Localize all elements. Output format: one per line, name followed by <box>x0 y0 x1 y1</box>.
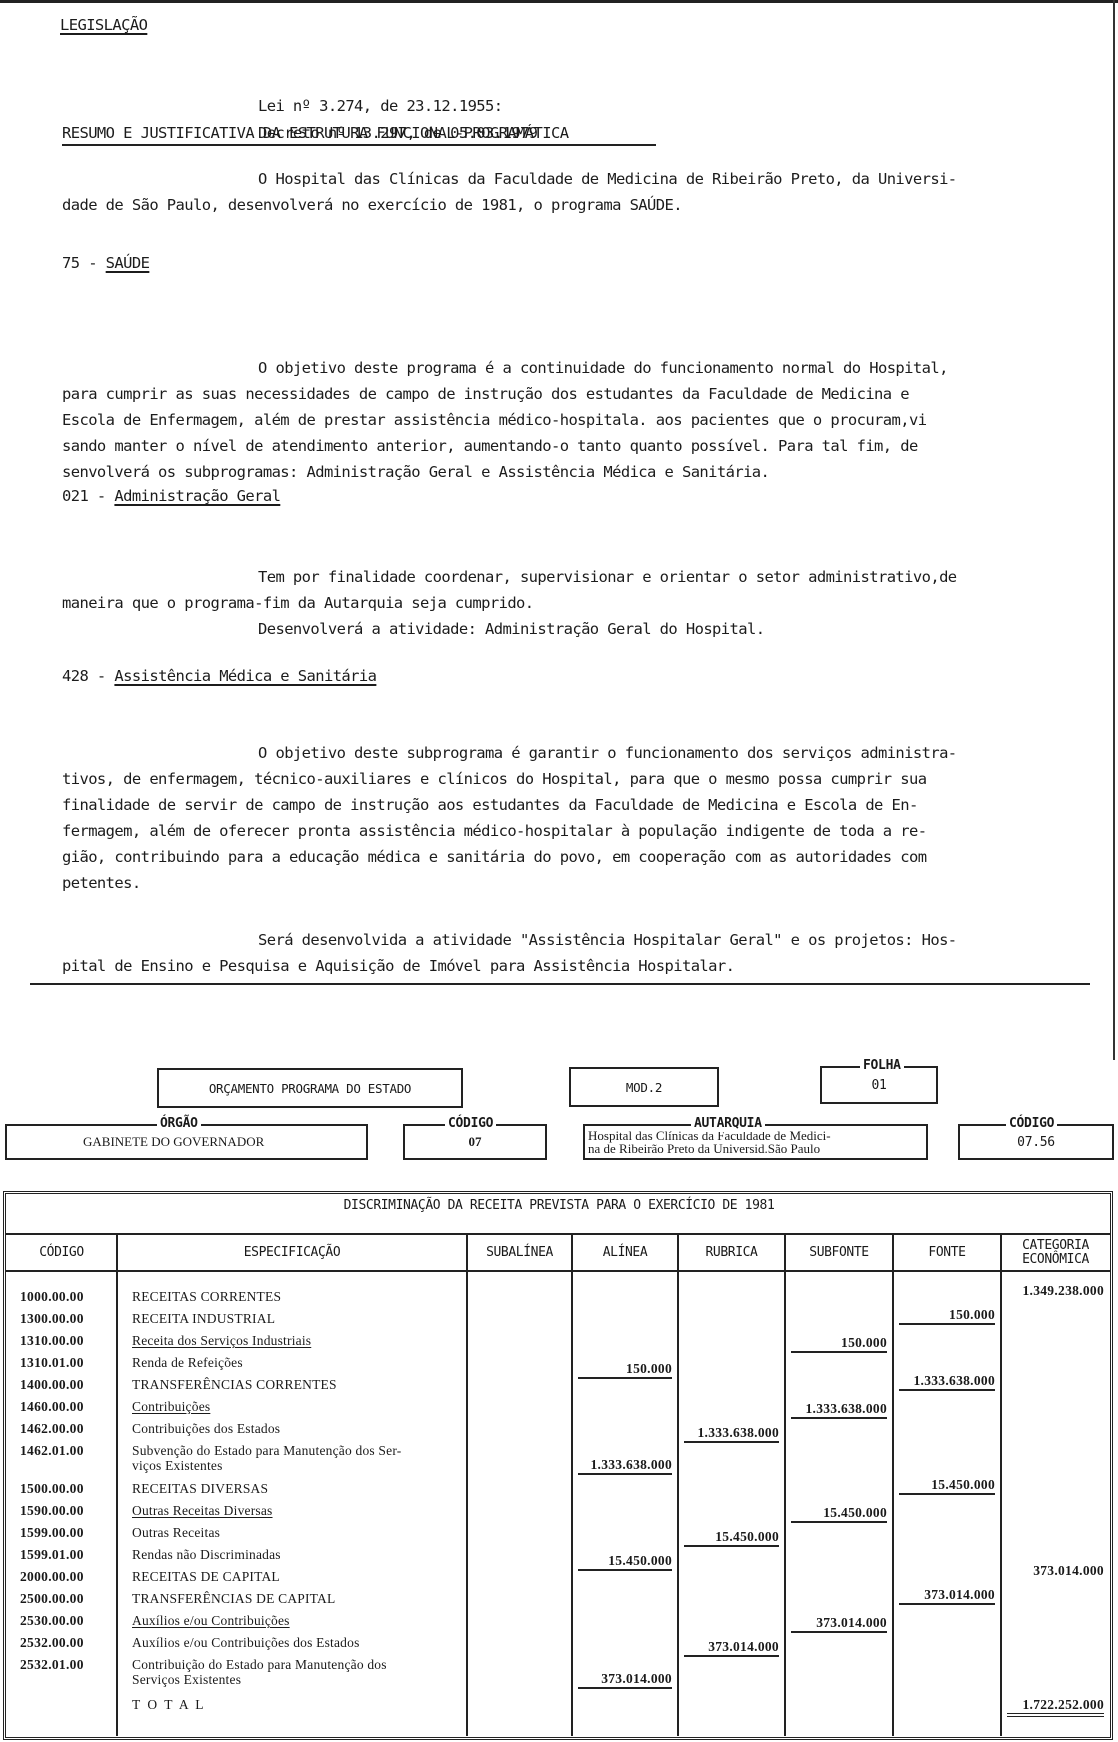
column-divider <box>571 1233 573 1736</box>
row-value-fonte: 373.014.000 <box>899 1587 995 1605</box>
intro-line: dade de São Paulo, desenvolverá no exerc… <box>62 192 1092 218</box>
subprogram-heading-021: 021 - Administração Geral <box>62 487 280 505</box>
row-especificacao: RECEITAS DE CAPITAL <box>132 1569 280 1584</box>
header-fonte: FONTE <box>893 1235 1001 1270</box>
page-edge <box>1113 0 1115 1060</box>
autarquia-codigo-value: 07.56 <box>1017 1135 1055 1150</box>
row-codigo: 1310.01.00 <box>20 1355 84 1371</box>
subprogram-name: Assistência Médica e Sanitária <box>114 667 376 685</box>
header-alinea: ALÍNEA <box>572 1235 678 1270</box>
row-value-subfonte: 150.000 <box>791 1335 887 1353</box>
row-especificacao: Contribuição do Estado para Manutenção d… <box>132 1657 387 1687</box>
row-especificacao: Outras Receitas <box>132 1525 220 1540</box>
codigo-label: CÓDIGO <box>445 1116 496 1132</box>
row-value-alinea: 373.014.000 <box>578 1671 672 1689</box>
column-divider <box>677 1233 679 1736</box>
law-reference: Lei nº 3.274, de 23.12.1955: <box>258 97 503 115</box>
subprogram-428-paragraph: O objetivo deste subprograma é garantir … <box>62 740 1092 896</box>
column-divider <box>784 1233 786 1736</box>
codigo-label: CÓDIGO <box>1006 1116 1057 1132</box>
budget-title-box: ORÇAMENTO PROGRAMA DO ESTADO <box>157 1068 463 1108</box>
column-divider <box>892 1233 894 1736</box>
row-codigo: 1590.00.00 <box>20 1503 84 1519</box>
header-subalinea: SUBALÍNEA <box>467 1235 572 1270</box>
subprogram-name: Administração Geral <box>114 487 280 505</box>
top-rule <box>0 0 1118 3</box>
autarquia-codigo-box: CÓDIGO 07.56 <box>958 1124 1114 1160</box>
subprogram-heading-428: 428 - Assistência Médica e Sanitária <box>62 667 376 685</box>
model-value: MOD.2 <box>626 1080 662 1095</box>
row-value-categoria: 373.014.000 <box>1007 1563 1104 1579</box>
row-especificacao: Contribuições dos Estados <box>132 1421 280 1436</box>
row-value-alinea: 150.000 <box>578 1361 672 1379</box>
program-line: Escola de Enfermagem, além de prestar as… <box>62 407 1092 433</box>
subprogram-line: O objetivo deste subprograma é garantir … <box>62 740 1092 766</box>
subprogram-code: 021 - <box>62 487 106 505</box>
row-codigo: 2500.00.00 <box>20 1591 84 1607</box>
closing-line: Será desenvolvida a atividade "Assistênc… <box>62 927 1092 953</box>
orgao-box: ÓRGÃO GABINETE DO GOVERNADOR <box>5 1124 368 1160</box>
orgao-value: GABINETE DO GOVERNADOR <box>83 1134 264 1150</box>
row-value-rubrica: 1.333.638.000 <box>684 1425 779 1443</box>
program-name: SAÚDE <box>106 254 150 272</box>
program-paragraph: O objetivo deste programa é a continuida… <box>62 355 1092 485</box>
program-line: sando manter o nível de atendimento ante… <box>62 433 1092 459</box>
row-especificacao: RECEITAS CORRENTES <box>132 1289 281 1304</box>
row-codigo: 1599.01.00 <box>20 1547 84 1563</box>
autarquia-box: AUTARQUIA Hospital das Clínicas da Facul… <box>583 1124 928 1160</box>
subprogram-code: 428 - <box>62 667 106 685</box>
autarquia-value: Hospital das Clínicas da Faculdade de Me… <box>588 1129 831 1155</box>
budget-title: ORÇAMENTO PROGRAMA DO ESTADO <box>209 1081 411 1096</box>
subprogram-line: Tem por finalidade coordenar, supervisio… <box>62 564 1092 590</box>
row-value-subfonte: 1.333.638.000 <box>791 1401 887 1419</box>
row-value-rubrica: 373.014.000 <box>684 1639 779 1657</box>
subprogram-line: maneira que o programa-fim da Autarquia … <box>62 590 1092 616</box>
subprogram-line: petentes. <box>62 870 1092 896</box>
row-codigo: 1300.00.00 <box>20 1311 84 1327</box>
intro-line: O Hospital das Clínicas da Faculdade de … <box>62 166 1092 192</box>
row-especificacao: TRANSFERÊNCIAS CORRENTES <box>132 1377 337 1392</box>
model-box: MOD.2 <box>569 1067 719 1107</box>
row-especificacao: Auxílios e/ou Contribuições dos Estados <box>132 1635 360 1650</box>
row-especificacao: Subvenção do Estado para Manutenção dos … <box>132 1443 401 1473</box>
section-divider <box>30 983 1090 985</box>
row-value-fonte: 1.333.638.000 <box>899 1373 995 1391</box>
summary-heading: RESUMO E JUSTIFICATIVA DA ESTRUTURA FUNC… <box>62 124 568 142</box>
header-rubrica: RUBRICA <box>678 1235 785 1270</box>
row-especificacao: Rendas não Discriminadas <box>132 1547 281 1562</box>
column-divider <box>116 1233 118 1736</box>
row-codigo: 1310.00.00 <box>20 1333 84 1349</box>
program-line: senvolverá os subprogramas: Administraçã… <box>62 459 1092 485</box>
row-especificacao: Receita dos Serviços Industriais <box>132 1333 311 1348</box>
row-value-alinea: 1.333.638.000 <box>578 1457 672 1475</box>
row-value-categoria: 1.722.252.000 <box>1007 1697 1104 1717</box>
row-especificacao: TRANSFERÊNCIAS DE CAPITAL <box>132 1591 335 1606</box>
row-codigo: 1500.00.00 <box>20 1481 84 1497</box>
folha-label: FOLHA <box>860 1058 904 1074</box>
subprogram-line: gião, contribuindo para a educação médic… <box>62 844 1092 870</box>
closing-line: pital de Ensino e Pesquisa e Aquisição d… <box>62 953 1092 979</box>
row-codigo: 1000.00.00 <box>20 1289 84 1305</box>
orgao-codigo-value: 07 <box>469 1134 482 1150</box>
row-value-rubrica: 15.450.000 <box>684 1529 779 1547</box>
row-codigo: 2530.00.00 <box>20 1613 84 1629</box>
folha-box: FOLHA 01 <box>820 1066 938 1104</box>
program-line: para cumprir as suas necessidades de cam… <box>62 381 1092 407</box>
row-codigo: 1462.01.00 <box>20 1443 84 1459</box>
header-especificacao: ESPECIFICAÇÃO <box>117 1235 467 1270</box>
summary-heading-underline <box>62 144 656 146</box>
row-codigo: 1400.00.00 <box>20 1377 84 1393</box>
row-especificacao: RECEITA INDUSTRIAL <box>132 1311 275 1326</box>
folha-value: 01 <box>871 1078 886 1093</box>
row-value-fonte: 15.450.000 <box>899 1477 995 1495</box>
row-value-subfonte: 15.450.000 <box>791 1505 887 1523</box>
table-rule <box>6 1270 1110 1272</box>
subprogram-line: Desenvolverá a atividade: Administração … <box>62 616 1092 642</box>
closing-paragraph: Será desenvolvida a atividade "Assistênc… <box>62 927 1092 979</box>
row-especificacao: Auxílios e/ou Contribuições <box>132 1613 290 1628</box>
table-title: DISCRIMINAÇÃO DA RECEITA PREVISTA PARA O… <box>0 1198 1118 1213</box>
row-value-alinea: 15.450.000 <box>578 1553 672 1571</box>
subprogram-line: tivos, de enfermagem, técnico-auxiliares… <box>62 766 1092 792</box>
row-codigo: 2532.00.00 <box>20 1635 84 1651</box>
program-line: O objetivo deste programa é a continuida… <box>62 355 1092 381</box>
subprogram-line: finalidade de servir de campo de instruç… <box>62 792 1092 818</box>
row-codigo: 1462.00.00 <box>20 1421 84 1437</box>
row-value-subfonte: 373.014.000 <box>791 1615 887 1633</box>
row-especificacao: Renda de Refeições <box>132 1355 243 1370</box>
header-codigo: CÓDIGO <box>6 1235 117 1270</box>
row-especificacao: RECEITAS DIVERSAS <box>132 1481 268 1496</box>
row-codigo: 2000.00.00 <box>20 1569 84 1585</box>
header-subfonte: SUBFONTE <box>785 1235 893 1270</box>
orgao-codigo-box: CÓDIGO 07 <box>403 1124 547 1160</box>
program-code: 75 - <box>62 254 97 272</box>
row-especificacao: Outras Receitas Diversas <box>132 1503 273 1518</box>
subprogram-line: fermagem, além de oferecer pronta assist… <box>62 818 1092 844</box>
row-codigo: 2532.01.00 <box>20 1657 84 1673</box>
intro-paragraph: O Hospital das Clínicas da Faculdade de … <box>62 166 1092 218</box>
column-divider <box>466 1233 468 1736</box>
row-value-categoria: 1.349.238.000 <box>1007 1283 1104 1299</box>
orgao-label: ÓRGÃO <box>157 1116 201 1132</box>
row-especificacao: Contribuições <box>132 1399 210 1414</box>
subprogram-021-paragraph: Tem por finalidade coordenar, supervisio… <box>62 564 1092 642</box>
autarquia-line: na de Ribeirão Preto da Universid.São Pa… <box>588 1142 831 1155</box>
row-value-fonte: 150.000 <box>899 1307 995 1325</box>
total-label: T O T A L <box>132 1697 206 1712</box>
section-label-legislacao: LEGISLAÇÃO <box>60 16 147 34</box>
column-divider <box>1000 1233 1002 1736</box>
program-heading: 75 - SAÚDE <box>62 254 149 272</box>
row-codigo: 1599.00.00 <box>20 1525 84 1541</box>
autarquia-label: AUTARQUIA <box>691 1116 765 1132</box>
header-categoria: CATEGORIAECONÔMICA <box>1001 1235 1110 1270</box>
row-codigo: 1460.00.00 <box>20 1399 84 1415</box>
